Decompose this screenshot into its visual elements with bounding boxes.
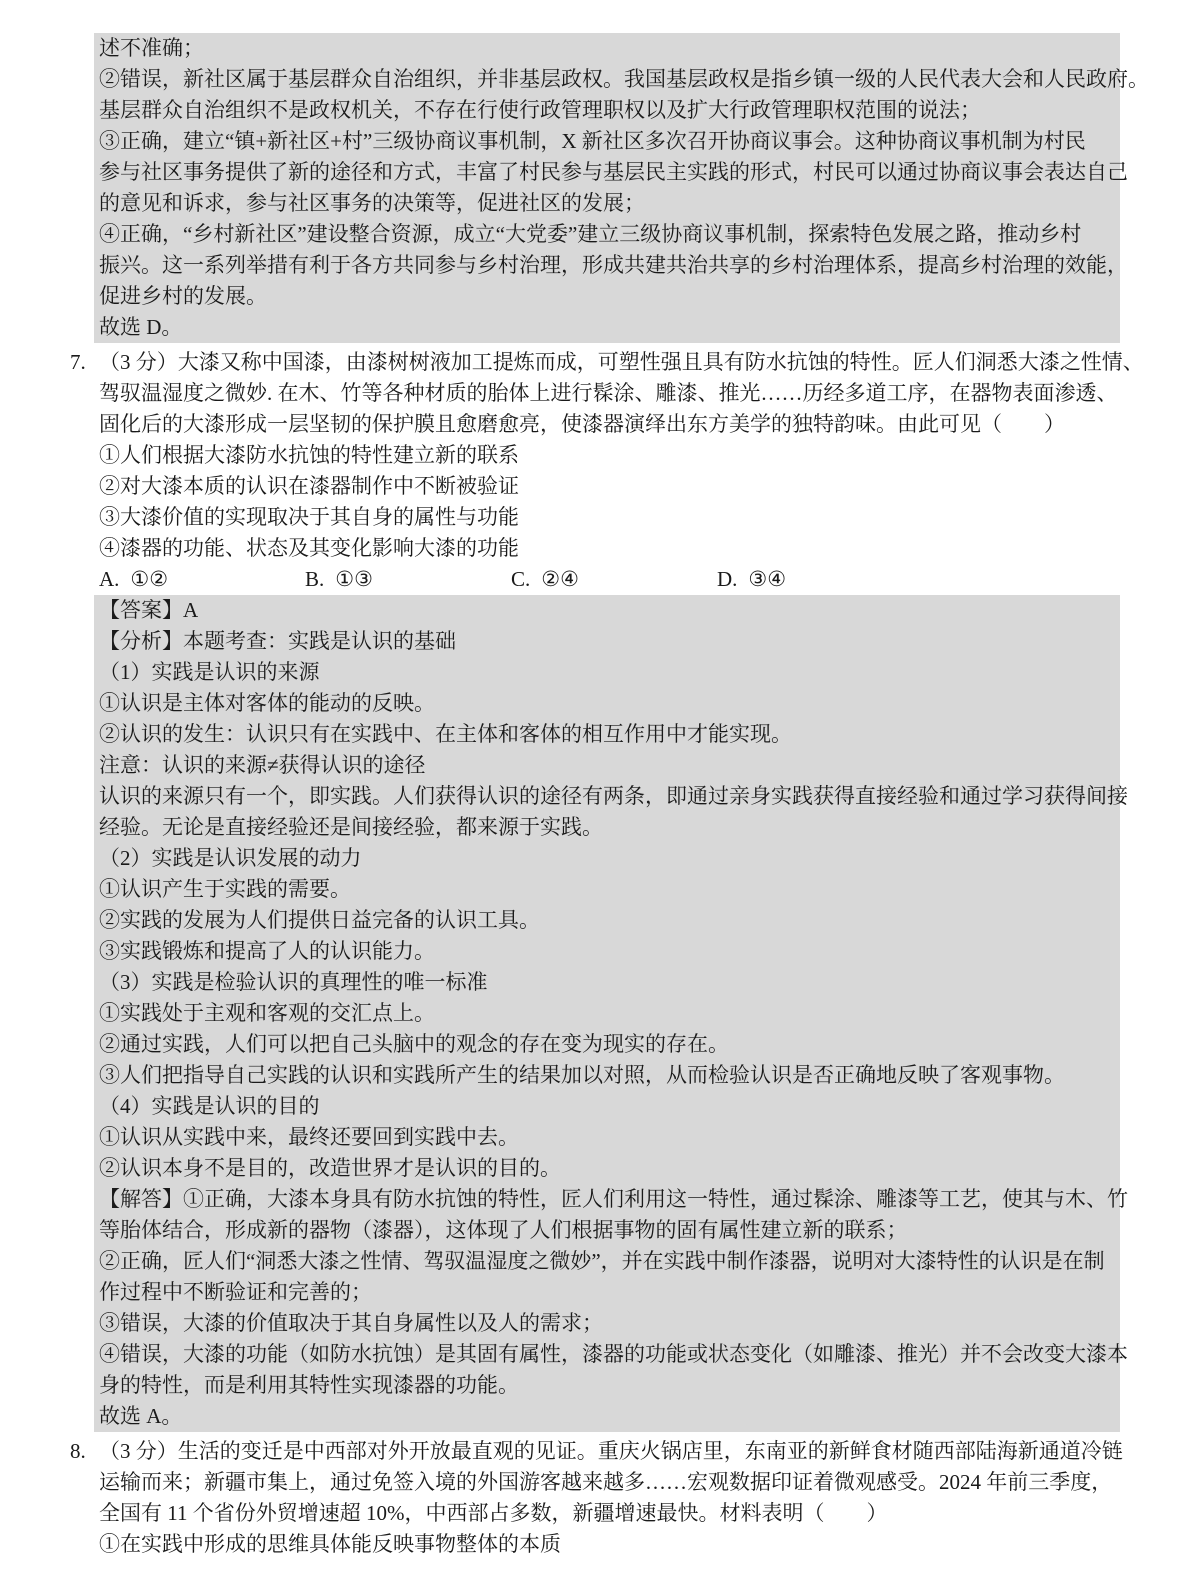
- choice-label: A.: [99, 567, 119, 591]
- question-stem-line: ③大漆价值的实现取决于其自身的属性与功能: [70, 502, 1190, 533]
- text-line: （1）实践是认识的来源: [99, 657, 1120, 688]
- text-line: （3）实践是检验认识的真理性的唯一标准: [99, 967, 1120, 998]
- question-stem-first-line: 8. （3 分）生活的变迁是中西部对外开放最直观的见证。重庆火锅店里，东南亚的新…: [70, 1436, 1190, 1467]
- question-7: 7. （3 分）大漆又称中国漆，由漆树树液加工提炼而成，可塑性强且具有防水抗蚀的…: [70, 347, 1190, 595]
- text-line: （2）实践是认识发展的动力: [99, 843, 1120, 874]
- text-line: ②认识的发生：认识只有在实践中、在主体和客体的相互作用中才能实现。: [99, 719, 1120, 750]
- question-stem-text: （3 分）大漆又称中国漆，由漆树树液加工提炼而成，可塑性强且具有防水抗蚀的特性。…: [99, 347, 1144, 378]
- choice-value: ①③: [335, 567, 373, 591]
- text-line: ③实践锻炼和提高了人的认识能力。: [99, 936, 1120, 967]
- choices-row: A.①②B.①③C.②④D.③④: [70, 564, 1190, 595]
- text-line: 认识的来源只有一个，即实践。人们获得认识的途径有两条，即通过亲身实践获得直接经验…: [99, 781, 1120, 812]
- question-number: 8.: [70, 1436, 99, 1467]
- question-stem-line: ④漆器的功能、状态及其变化影响大漆的功能: [70, 533, 1190, 564]
- text-line: 振兴。这一系列举措有利于各方共同参与乡村治理，形成共建共治共享的乡村治理体系，提…: [99, 250, 1120, 281]
- question-stem-text: （3 分）生活的变迁是中西部对外开放最直观的见证。重庆火锅店里，东南亚的新鲜食材…: [99, 1436, 1123, 1467]
- text-line: ①认识从实践中来，最终还要回到实践中去。: [99, 1122, 1120, 1153]
- text-line: （4）实践是认识的目的: [99, 1091, 1120, 1122]
- choice-value: ③④: [748, 567, 786, 591]
- text-line: 注意：认识的来源≠获得认识的途径: [99, 750, 1120, 781]
- text-line: ③正确，建立“镇+新社区+村”三级协商议事机制，X 新社区多次召开协商议事会。这…: [99, 126, 1120, 157]
- choice-b: B.①③: [305, 564, 511, 595]
- question-stem-line: ②对大漆本质的认识在漆器制作中不断被验证: [70, 471, 1190, 502]
- question-8: 8. （3 分）生活的变迁是中西部对外开放最直观的见证。重庆火锅店里，东南亚的新…: [70, 1436, 1190, 1560]
- choice-label: D.: [717, 567, 737, 591]
- choice-d: D.③④: [717, 564, 786, 595]
- text-line: 的意见和诉求，参与社区事务的决策等，促进社区的发展；: [99, 188, 1120, 219]
- document-content: 述不准确；②错误，新社区属于基层群众自治组织，并非基层政权。我国基层政权是指乡镇…: [0, 0, 1190, 1560]
- choice-label: C.: [511, 567, 530, 591]
- text-line: 经验。无论是直接经验还是间接经验，都来源于实践。: [99, 812, 1120, 843]
- text-line: 作过程中不断验证和完善的；: [99, 1277, 1120, 1308]
- question-number: 7.: [70, 347, 99, 378]
- text-line: ④正确，“乡村新社区”建设整合资源，成立“大党委”建立三级协商议事机制，探索特色…: [99, 219, 1120, 250]
- text-line: 等胎体结合，形成新的器物（漆器），这体现了人们根据事物的固有属性建立新的联系；: [99, 1215, 1120, 1246]
- text-line: 述不准确；: [99, 33, 1120, 64]
- text-line: ③错误，大漆的价值取决于其自身属性以及人的需求；: [99, 1308, 1120, 1339]
- text-line: 【解答】①正确，大漆本身具有防水抗蚀的特性，匠人们利用这一特性，通过髹涂、雕漆等…: [99, 1184, 1120, 1215]
- question-stem-line: ①在实践中形成的思维具体能反映事物整体的本质: [70, 1529, 1190, 1560]
- question-stem-line: 运输而来；新疆市集上，通过免签入境的外国游客越来越多……宏观数据印证着微观感受。…: [70, 1467, 1190, 1498]
- text-line: ②正确，匠人们“洞悉大漆之性情、驾驭温湿度之微妙”，并在实践中制作漆器，说明对大…: [99, 1246, 1120, 1277]
- text-line: 故选 A。: [99, 1401, 1120, 1432]
- text-line: ③人们把指导自己实践的认识和实践所产生的结果加以对照，从而检验认识是否正确地反映…: [99, 1060, 1120, 1091]
- question-stem-first-line: 7. （3 分）大漆又称中国漆，由漆树树液加工提炼而成，可塑性强且具有防水抗蚀的…: [70, 347, 1190, 378]
- text-line: ①认识产生于实践的需要。: [99, 874, 1120, 905]
- text-line: 身的特性，而是利用其特性实现漆器的功能。: [99, 1370, 1120, 1401]
- text-line: ①实践处于主观和客观的交汇点上。: [99, 998, 1120, 1029]
- text-line: ②认识本身不是目的，改造世界才是认识的目的。: [99, 1153, 1120, 1184]
- text-line: 参与社区事务提供了新的途径和方式，丰富了村民参与基层民主实践的形式，村民可以通过…: [99, 157, 1120, 188]
- answer-explanation-q7: 【答案】A【分析】本题考查：实践是认识的基础（1）实践是认识的来源①认识是主体对…: [94, 595, 1120, 1432]
- question-stem-line: 全国有 11 个省份外贸增速超 10%，中西部占多数，新疆增速最快。材料表明（ …: [70, 1498, 1190, 1529]
- text-line: 基层群众自治组织不是政权机关，不存在行使行政管理职权以及扩大行政管理职权范围的说…: [99, 95, 1120, 126]
- choice-c: C.②④: [511, 564, 717, 595]
- choice-value: ②④: [541, 567, 579, 591]
- text-line: ②错误，新社区属于基层群众自治组织，并非基层政权。我国基层政权是指乡镇一级的人民…: [99, 64, 1120, 95]
- question-stem-line: 固化后的大漆形成一层坚韧的保护膜且愈磨愈亮，使漆器演绎出东方美学的独特韵味。由此…: [70, 409, 1190, 440]
- text-line: ①认识是主体对客体的能动的反映。: [99, 688, 1120, 719]
- document-page: 述不准确；②错误，新社区属于基层群众自治组织，并非基层政权。我国基层政权是指乡镇…: [0, 0, 1190, 1586]
- text-line: ②通过实践，人们可以把自己头脑中的观念的存在变为现实的存在。: [99, 1029, 1120, 1060]
- answer-explanation-q6: 述不准确；②错误，新社区属于基层群众自治组织，并非基层政权。我国基层政权是指乡镇…: [94, 33, 1120, 343]
- text-line: ④错误，大漆的功能（如防水抗蚀）是其固有属性，漆器的功能或状态变化（如雕漆、推光…: [99, 1339, 1120, 1370]
- choice-label: B.: [305, 567, 324, 591]
- text-line: 【答案】A: [99, 595, 1120, 626]
- choice-a: A.①②: [99, 564, 305, 595]
- text-line: ②实践的发展为人们提供日益完备的认识工具。: [99, 905, 1120, 936]
- text-line: 【分析】本题考查：实践是认识的基础: [99, 626, 1120, 657]
- question-stem-line: ①人们根据大漆防水抗蚀的特性建立新的联系: [70, 440, 1190, 471]
- choice-value: ①②: [130, 567, 168, 591]
- text-line: 促进乡村的发展。: [99, 281, 1120, 312]
- question-stem-line: 驾驭温湿度之微妙. 在木、竹等各种材质的胎体上进行髹涂、雕漆、推光……历经多道工…: [70, 378, 1190, 409]
- question-stem: 运输而来；新疆市集上，通过免签入境的外国游客越来越多……宏观数据印证着微观感受。…: [70, 1467, 1190, 1560]
- question-stem: 驾驭温湿度之微妙. 在木、竹等各种材质的胎体上进行髹涂、雕漆、推光……历经多道工…: [70, 378, 1190, 564]
- text-line: 故选 D。: [99, 312, 1120, 343]
